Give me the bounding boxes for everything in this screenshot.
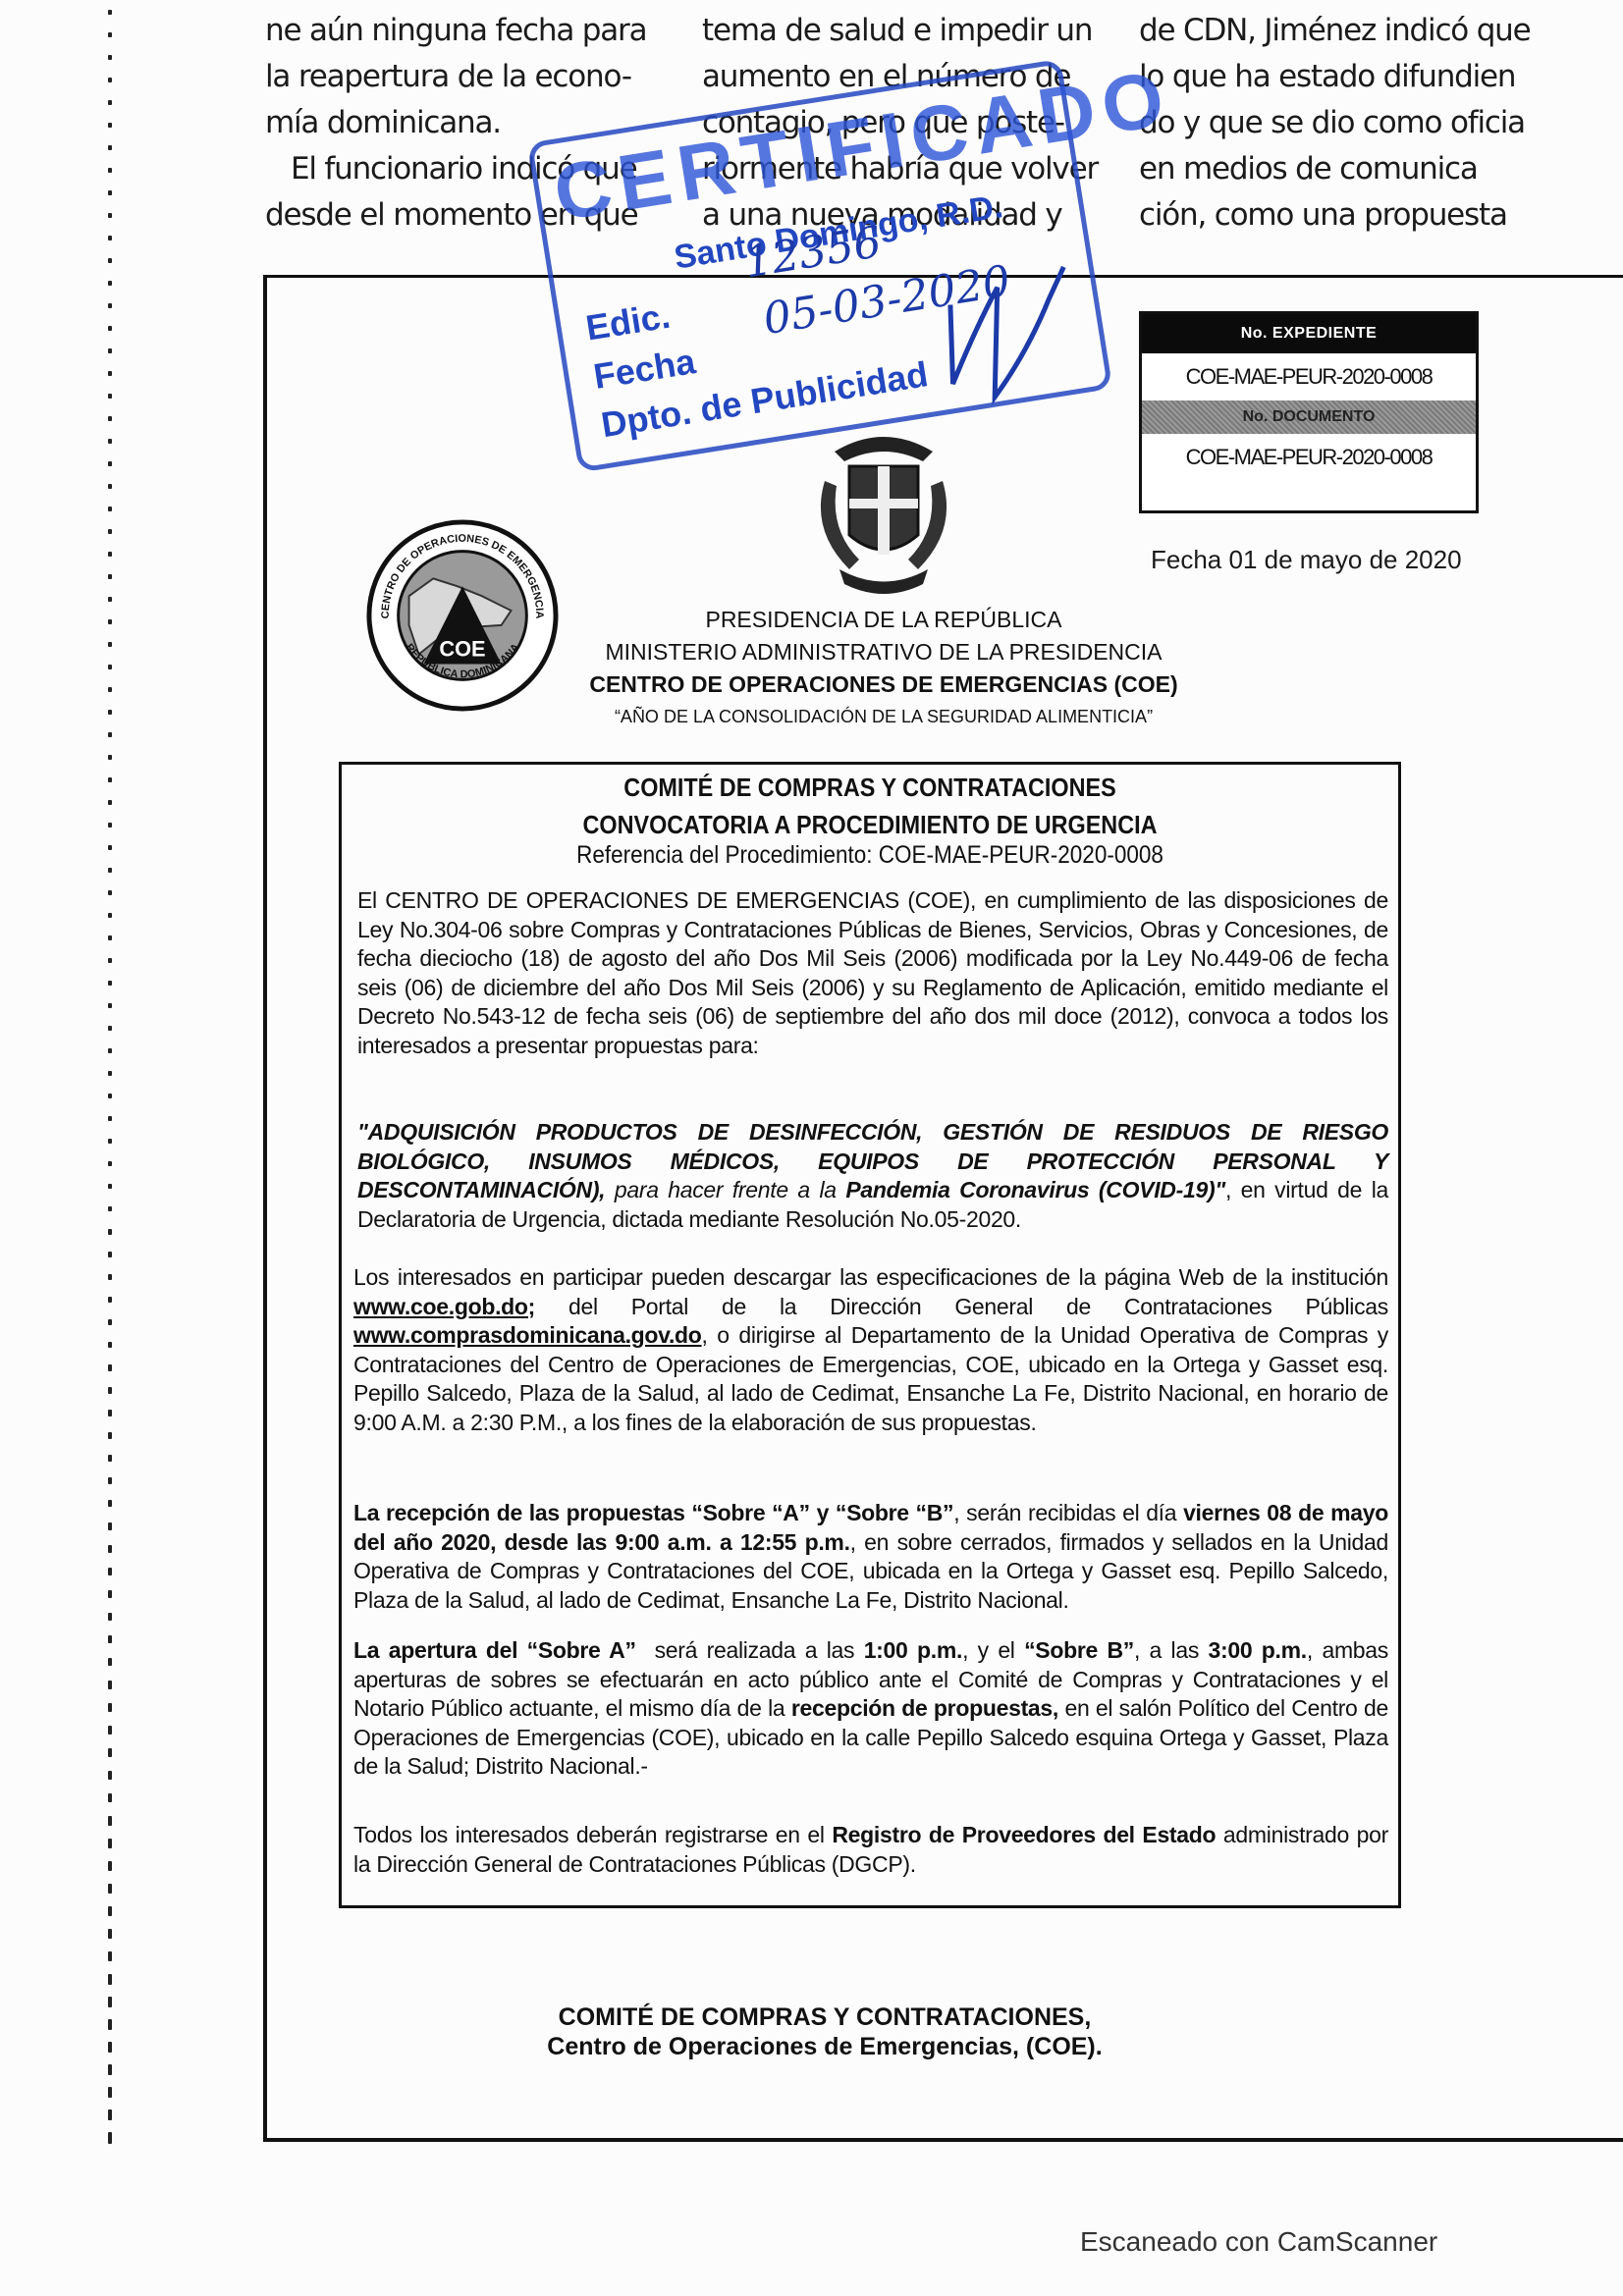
margin-dot: [108, 619, 112, 624]
expediente-box: No. EXPEDIENTE COE-MAE-PEUR-2020-0008 No…: [1139, 311, 1479, 513]
margin-dot: [108, 371, 112, 376]
margin-dot: [108, 1590, 112, 1598]
documento-label: No. DOCUMENTO: [1142, 400, 1476, 434]
margin-dot: [108, 32, 112, 37]
header-motto: “AÑO DE LA CONSOLIDACIÓN DE LA SEGURIDAD…: [530, 701, 1237, 733]
paragraph-intro: El CENTRO DE OPERACIONES DE EMERGENCIAS …: [357, 886, 1388, 1060]
margin-dot: [108, 439, 112, 444]
opening-bold: recepción de propuestas,: [791, 1695, 1058, 1721]
margin-dot: [108, 1500, 112, 1507]
margin-dot: [108, 665, 112, 669]
margin-dot: [108, 1477, 112, 1484]
signature-committee: COMITÉ DE COMPRAS Y CONTRATACIONES,: [530, 2002, 1119, 2032]
column-line: ne aún ninguna fecha para: [265, 8, 677, 54]
margin-dot: [108, 1635, 112, 1643]
margin-dot: [108, 1951, 112, 1961]
margin-dot: [108, 1929, 112, 1939]
margin-dot: [108, 1116, 112, 1121]
margin-dot: [108, 1094, 112, 1098]
margin-dot: [108, 1884, 112, 1894]
margin-dot: [108, 507, 112, 511]
header-presidencia: PRESIDENCIA DE LA REPÚBLICA: [530, 604, 1237, 636]
camscanner-watermark: Escaneado con CamScanner: [1080, 2226, 1437, 2258]
margin-dot: [108, 168, 112, 173]
opening-text: será realizada a las: [636, 1637, 864, 1663]
margin-dot: [108, 326, 112, 331]
margin-dot: [108, 123, 112, 128]
margin-dot: [108, 1026, 112, 1031]
margin-dot: [108, 1410, 112, 1416]
margin-dot: [108, 1816, 112, 1826]
paragraph-object: "ADQUISICIÓN PRODUCTOS DE DESINFECCIÓN, …: [357, 1118, 1388, 1234]
margin-dot: [108, 845, 112, 850]
margin-dot: [108, 1139, 112, 1144]
margin-dot: [108, 1771, 112, 1780]
margin-dot: [108, 303, 112, 308]
signature-block: COMITÉ DE COMPRAS Y CONTRATACIONES, Cent…: [530, 2002, 1119, 2061]
margin-dot: [108, 1726, 112, 1735]
margin-dot: [108, 800, 112, 805]
paragraph-download: Los interesados en participar pueden des…: [353, 1263, 1388, 1437]
margin-dot: [108, 2042, 112, 2053]
margin-dot: [108, 416, 112, 421]
margin-dot: [108, 1455, 112, 1462]
margin-dot: [108, 10, 112, 15]
margin-dot: [108, 1703, 112, 1712]
margin-dot: [108, 1319, 112, 1325]
opening-time-b: 3:00 p.m.: [1209, 1637, 1307, 1663]
margin-dot: [108, 1681, 112, 1689]
opening-sobre-b: “Sobre B”: [1024, 1637, 1134, 1663]
margin-dot: [108, 597, 112, 602]
margin-dot: [108, 1545, 112, 1553]
header-coe: CENTRO DE OPERACIONES DE EMERGENCIAS (CO…: [530, 668, 1237, 701]
margin-dot: [108, 1432, 112, 1439]
margin-dot: [108, 529, 112, 534]
margin-dot: [108, 1003, 112, 1008]
registration-text: Todos los interesados deberán registrars…: [353, 1822, 832, 1847]
margin-dot: [108, 1161, 112, 1166]
column-line: do y que se dio como oficia: [1139, 100, 1532, 146]
margin-dot: [108, 732, 112, 737]
margin-dot: [108, 236, 112, 240]
margin-dot: [108, 1568, 112, 1575]
margin-dot: [108, 574, 112, 579]
margin-dot: [108, 1613, 112, 1621]
margin-dot: [108, 2109, 112, 2120]
margin-dot: [108, 190, 112, 195]
column-line: en medios de comunica: [1139, 146, 1532, 192]
convocatoria-notice: COMITÉ DE COMPRAS Y CONTRATACIONES CONVO…: [339, 762, 1401, 1908]
expediente-value: COE-MAE-PEUR-2020-0008: [1142, 353, 1476, 400]
coe-website-link[interactable]: www.coe.gob.do;: [353, 1294, 535, 1319]
margin-dot: [108, 1184, 112, 1189]
margin-dot: [108, 348, 112, 353]
object-pandemic: Pandemia Coronavirus (COVID-19)": [845, 1177, 1225, 1202]
margin-dot: [108, 1997, 112, 2007]
margin-dot: [108, 258, 112, 263]
paragraph-registration: Todos los interesados deberán registrars…: [353, 1821, 1388, 1879]
margin-dot: [108, 394, 112, 399]
reception-text: , serán recibidas el día: [953, 1500, 1183, 1525]
margin-dot: [108, 2019, 112, 2030]
margin-dot: [108, 55, 112, 60]
margin-dot: [108, 1297, 112, 1303]
margin-dot: [108, 2132, 112, 2144]
margin-dot: [108, 281, 112, 286]
registration-bold: Registro de Proveedores del Estado: [832, 1822, 1216, 1847]
margin-dot: [108, 1839, 112, 1848]
documento-value: COE-MAE-PEUR-2020-0008: [1142, 434, 1476, 481]
margin-dot: [108, 890, 112, 895]
margin-dot: [108, 777, 112, 782]
download-text: del Portal de la Dirección General de Co…: [535, 1294, 1388, 1319]
margin-dot: [108, 958, 112, 963]
margin-dot: [108, 1387, 112, 1394]
margin-dot: [108, 1342, 112, 1348]
paragraph-opening: La apertura del “Sobre A” será realizada…: [353, 1636, 1388, 1782]
download-text: Los interesados en participar pueden des…: [353, 1264, 1388, 1290]
margin-dots: [108, 10, 114, 2169]
margin-dot: [108, 755, 112, 760]
margin-dot: [108, 913, 112, 918]
reception-bold: La recepción de las propuestas “Sobre “A…: [353, 1500, 953, 1525]
margin-dot: [108, 2064, 112, 2075]
compras-website-link[interactable]: www.comprasdominicana.gov.do: [353, 1322, 702, 1348]
margin-dot: [108, 1229, 112, 1235]
opening-time-a: 1:00 p.m.: [864, 1637, 962, 1663]
margin-dot: [108, 710, 112, 715]
margin-dot: [108, 78, 112, 82]
column-line: de CDN, Jiménez indicó que: [1139, 8, 1532, 54]
margin-dot: [108, 1748, 112, 1757]
margin-dot: [108, 461, 112, 466]
margin-dot: [108, 213, 112, 218]
margin-dot: [108, 1658, 112, 1666]
margin-dot: [108, 981, 112, 986]
margin-dot: [108, 1974, 112, 1985]
document-date: Fecha 01 de mayo de 2020: [1151, 545, 1462, 575]
margin-dot: [108, 2087, 112, 2098]
margin-dot: [108, 1522, 112, 1530]
paragraph-reception: La recepción de las propuestas “Sobre “A…: [353, 1499, 1388, 1615]
object-connector: para hacer frente a la: [605, 1177, 845, 1202]
opening-text: , a las: [1134, 1637, 1209, 1663]
opening-bold: La apertura del “Sobre A”: [353, 1637, 636, 1663]
institution-header: PRESIDENCIA DE LA REPÚBLICA MINISTERIO A…: [530, 604, 1237, 733]
margin-dot: [108, 145, 112, 150]
margin-dot: [108, 1048, 112, 1053]
margin-dot: [108, 1861, 112, 1871]
column-line: lo que ha estado difundien: [1139, 54, 1532, 100]
margin-dot: [108, 935, 112, 940]
margin-dot: [108, 868, 112, 873]
column-line: ción, como una propuesta: [1139, 192, 1532, 239]
margin-dot: [108, 1206, 112, 1211]
margin-dot: [108, 1793, 112, 1802]
margin-dot: [108, 823, 112, 828]
opening-text: , y el: [962, 1637, 1024, 1663]
margin-dot: [108, 484, 112, 489]
margin-dot: [108, 1364, 112, 1371]
margin-dot: [108, 687, 112, 692]
publication-stamp: CERTIFICADO Santo Domingo, R.D. Edic. Fe…: [521, 19, 1129, 511]
notice-title-convocatoria: CONVOCATORIA A PROCEDIMIENTO DE URGENCIA: [408, 810, 1331, 839]
signature-scribble-icon: [926, 256, 1095, 425]
margin-dot: [108, 642, 112, 647]
notice-reference: Referencia del Procedimiento: COE-MAE-PE…: [408, 839, 1331, 871]
signature-institution: Centro de Operaciones de Emergencias, (C…: [530, 2032, 1119, 2061]
margin-dot: [108, 100, 112, 105]
newspaper-column-3: de CDN, Jiménez indicó que lo que ha est…: [1139, 8, 1532, 239]
margin-dot: [108, 1274, 112, 1280]
expediente-label: No. EXPEDIENTE: [1142, 314, 1476, 353]
header-ministerio: MINISTERIO ADMINISTRATIVO DE LA PRESIDEN…: [530, 636, 1237, 668]
margin-dot: [108, 1071, 112, 1076]
margin-dot: [108, 1252, 112, 1257]
svg-text:COE: COE: [439, 637, 485, 662]
notice-title-committee: COMITÉ DE COMPRAS Y CONTRATACIONES: [408, 773, 1331, 802]
margin-dot: [108, 1906, 112, 1916]
margin-dot: [108, 552, 112, 557]
